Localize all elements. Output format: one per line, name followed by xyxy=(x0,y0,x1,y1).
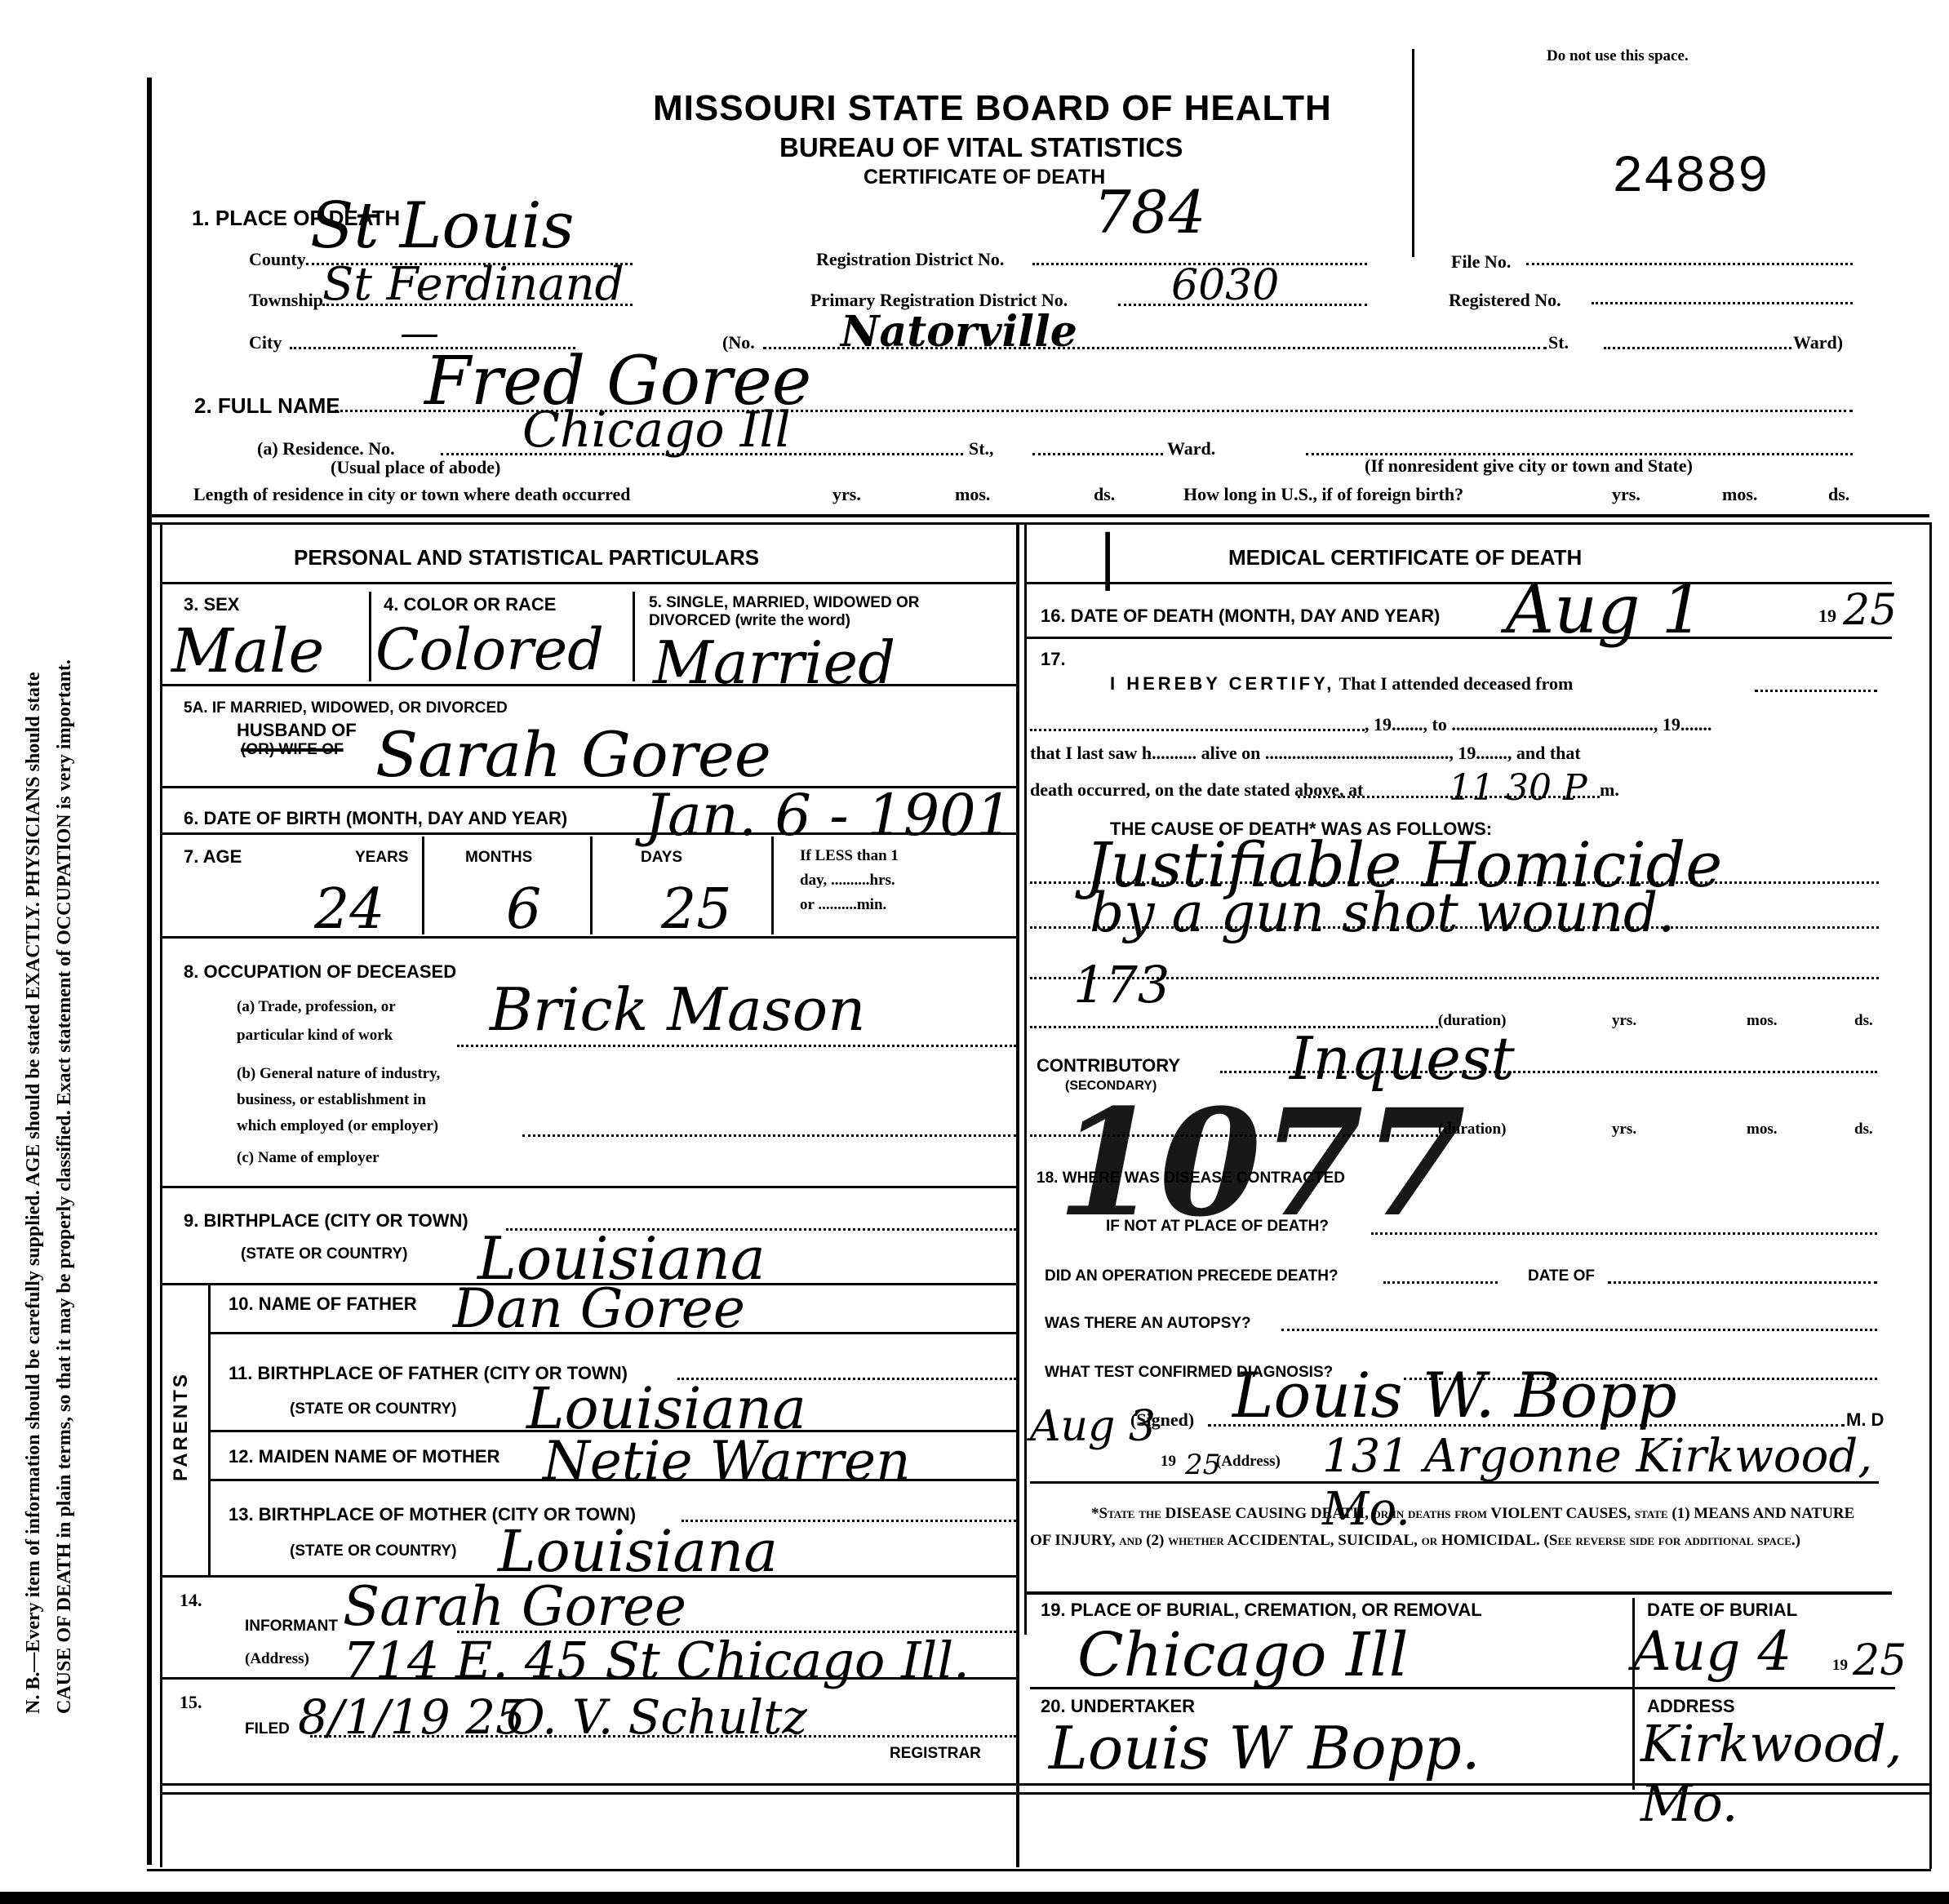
margin-mark: | xyxy=(1098,522,1117,591)
burial-date-label: DATE OF BURIAL xyxy=(1647,1600,1797,1621)
duration-label-2: (duration) xyxy=(1438,1121,1506,1138)
full-name-label: 2. FULL NAME xyxy=(194,393,340,419)
if-not-place-label: IF NOT AT PLACE OF DEATH? xyxy=(1106,1218,1329,1236)
autopsy-field[interactable] xyxy=(1281,1329,1877,1331)
length-yrs-label: yrs. xyxy=(832,484,861,505)
sex-label: 3. SEX xyxy=(184,594,239,615)
divider xyxy=(162,582,1016,584)
registered-no-label: Registered No. xyxy=(1449,290,1561,311)
spouse-label-1: 5A. IF MARRIED, WIDOWED, OR DIVORCED xyxy=(184,699,508,717)
divider xyxy=(162,684,1016,686)
years-months-divider xyxy=(422,837,424,934)
age-months-label: MONTHS xyxy=(465,849,532,867)
occupation-line xyxy=(457,1045,1016,1047)
certify-number: 17. xyxy=(1041,649,1066,670)
occupation-b-label-2: business, or establishment in xyxy=(237,1091,426,1109)
residence-st-label: St., xyxy=(969,438,994,459)
father-name-value[interactable]: Dan Goree xyxy=(453,1277,745,1340)
occupation-a-label-2: particular kind of work xyxy=(237,1027,393,1045)
father-name-label: 10. NAME OF FATHER xyxy=(229,1294,417,1315)
burial-place-value[interactable]: Chicago Ill xyxy=(1077,1620,1409,1690)
operation-field[interactable] xyxy=(1383,1281,1498,1284)
operation-date-label: DATE OF xyxy=(1528,1267,1595,1285)
county-value[interactable]: St Louis xyxy=(310,189,575,263)
informant-address-label: (Address) xyxy=(245,1650,309,1668)
undertaker-address-value[interactable]: Kirkwood, Mo. xyxy=(1640,1714,1949,1833)
age-months-value[interactable]: 6 xyxy=(506,877,541,942)
informant-label: INFORMANT xyxy=(245,1618,338,1635)
street-value[interactable]: Natorville xyxy=(841,307,1077,357)
filed-number: 15. xyxy=(180,1692,202,1713)
days-less-divider xyxy=(771,837,774,934)
informant-number: 14. xyxy=(180,1590,202,1611)
operation-label: DID AN OPERATION PRECEDE DEATH? xyxy=(1045,1267,1339,1285)
parents-label: PARENTS xyxy=(170,1372,193,1481)
certificate-number-stamp: 24889 xyxy=(1612,149,1769,207)
burial-year[interactable]: 25 xyxy=(1853,1636,1907,1685)
registered-no-field[interactable] xyxy=(1592,302,1853,304)
cause-of-death-2[interactable]: by a gun shot wound. xyxy=(1090,881,1675,944)
ward-label: Ward) xyxy=(1793,332,1843,353)
race-label: 4. COLOR OR RACE xyxy=(384,594,556,615)
duration-line-2 xyxy=(1030,1134,1438,1137)
time-suffix: m. xyxy=(1600,779,1619,801)
duration-yrs-2: yrs. xyxy=(1612,1121,1636,1138)
sex-value[interactable]: Male xyxy=(171,616,324,686)
foreign-yrs-label: yrs. xyxy=(1612,484,1640,505)
section-divider-top xyxy=(152,514,1929,517)
section-divider-top-2 xyxy=(152,522,1929,525)
divider xyxy=(211,1332,1016,1334)
occupation-a-label-1: (a) Trade, profession, or xyxy=(237,998,396,1016)
age-years-label: YEARS xyxy=(355,849,408,867)
form-name: CERTIFICATE OF DEATH xyxy=(864,166,1105,189)
header-divider xyxy=(1412,49,1414,257)
occupation-b-label-3: which employed (or employer) xyxy=(237,1117,438,1135)
divider xyxy=(162,936,1016,939)
form-subtitle: BUREAU OF VITAL STATISTICS xyxy=(779,132,1183,163)
last-saw-text: that I last saw h.......... alive on ...… xyxy=(1030,743,1581,764)
age-less-label-1: If LESS than 1 xyxy=(800,847,899,865)
age-days-value[interactable]: 25 xyxy=(661,877,732,942)
certify-text: I HEREBY CERTIFY, I HEREBY CERTIFY, That… xyxy=(1110,673,1573,695)
registrar-label: REGISTRAR xyxy=(890,1745,981,1763)
registration-district-label: Registration District No. xyxy=(816,249,1004,270)
nonresident-note: (If nonresident give city or town and St… xyxy=(1365,455,1693,477)
divider xyxy=(1027,582,1892,584)
months-days-divider xyxy=(590,837,593,934)
scan-bottom-edge xyxy=(0,1892,1949,1904)
address-underline xyxy=(1030,1481,1879,1484)
age-label: 7. AGE xyxy=(184,846,242,868)
informant-address-value[interactable]: 714 E. 45 St Chicago Ill. xyxy=(343,1631,970,1690)
duration-mos-1: mos. xyxy=(1747,1012,1777,1030)
length-of-residence-label: Length of residence in city or town wher… xyxy=(193,484,630,505)
personal-section-title: PERSONAL AND STATISTICAL PARTICULARS xyxy=(294,545,759,570)
undertaker-value[interactable]: Louis W Bopp. xyxy=(1049,1714,1481,1782)
time-of-death-value[interactable]: 11 30 P xyxy=(1449,767,1587,809)
form-left-border xyxy=(147,78,152,1865)
date-of-death-label: 16. DATE OF DEATH (MONTH, DAY AND YEAR) xyxy=(1041,606,1440,627)
divider xyxy=(211,1479,1016,1481)
dob-label: 6. DATE OF BIRTH (MONTH, DAY AND YEAR) xyxy=(184,808,567,829)
medical-section-title: MEDICAL CERTIFICATE OF DEATH xyxy=(1228,545,1582,570)
length-ds-label: ds. xyxy=(1094,484,1115,505)
length-mos-label: mos. xyxy=(955,484,990,505)
birthplace-state-label: (STATE OR COUNTRY) xyxy=(241,1245,407,1263)
where-contracted-label: 18. WHERE WAS DISEASE CONTRACTED xyxy=(1037,1169,1345,1187)
signed-date-value[interactable]: Aug 3 xyxy=(1030,1402,1156,1451)
mother-name-label: 12. MAIDEN NAME OF MOTHER xyxy=(229,1446,499,1467)
occupation-b-label-1: (b) General nature of industry, xyxy=(237,1065,440,1083)
duration-ds-2: ds. xyxy=(1854,1121,1873,1138)
occupation-label: 8. OCCUPATION OF DECEASED xyxy=(184,961,456,983)
race-marital-divider xyxy=(633,592,635,681)
mother-name-value[interactable]: Netie Warren xyxy=(543,1430,911,1493)
filed-label: FILED xyxy=(245,1720,290,1738)
autopsy-label: WAS THERE AN AUTOPSY? xyxy=(1045,1315,1251,1333)
race-value[interactable]: Colored xyxy=(375,616,604,683)
burial-year-prefix: 19 xyxy=(1832,1657,1848,1675)
divider xyxy=(1027,637,1892,639)
dob-value[interactable]: Jan. 6 - 1901 xyxy=(645,782,1012,849)
file-no-field[interactable] xyxy=(1526,263,1853,265)
duration-ds-1: ds. xyxy=(1854,1012,1873,1030)
divider xyxy=(162,832,1016,835)
informant-value[interactable]: Sarah Goree xyxy=(343,1575,686,1638)
burial-place-label: 19. PLACE OF BURIAL, CREMATION, OR REMOV… xyxy=(1041,1600,1482,1621)
operation-date-field[interactable] xyxy=(1608,1281,1877,1284)
divider xyxy=(1027,1591,1892,1595)
signed-year-prefix: 19 xyxy=(1161,1453,1176,1471)
divider xyxy=(162,1186,1016,1188)
divider xyxy=(162,1677,1016,1680)
duration-mos-2: mos. xyxy=(1747,1121,1777,1138)
occupation-c-label: (c) Name of employer xyxy=(237,1149,380,1167)
foreign-birth-label: How long in U.S., if of foreign birth? xyxy=(1183,484,1463,505)
where-contracted-field[interactable] xyxy=(1371,1232,1877,1235)
township-value[interactable]: St Ferdinand xyxy=(322,258,624,311)
physician-address-label: (Address) xyxy=(1216,1453,1281,1471)
industry-field[interactable] xyxy=(522,1134,1016,1137)
registrar-signature[interactable]: O. V. Schultz xyxy=(506,1689,807,1745)
mother-birthplace-state-label: (STATE OR COUNTRY) xyxy=(290,1542,456,1560)
contributory-label: CONTRIBUTORY xyxy=(1037,1055,1180,1076)
cause-footnote: *State the DISEASE CAUSING DEATH, or in … xyxy=(1030,1500,1879,1554)
spouse-label-2: HUSBAND OF xyxy=(237,720,357,741)
marital-value[interactable]: Married xyxy=(653,628,895,697)
residence-ward-line xyxy=(1032,453,1163,455)
township-label: Township xyxy=(249,290,323,311)
cause-note: 173 xyxy=(1073,955,1170,1014)
spouse-label-3: (OR) WIFE OF xyxy=(241,741,344,759)
office-use-note: Do not use this space. xyxy=(1547,47,1689,65)
duration-yrs-1: yrs. xyxy=(1612,1012,1636,1030)
age-years-value[interactable]: 24 xyxy=(314,877,385,942)
attended-from-field[interactable] xyxy=(1755,690,1877,692)
residence-sublabel: (Usual place of abode) xyxy=(331,457,500,478)
primary-registration-district-value[interactable]: 6030 xyxy=(1171,261,1279,310)
sex-race-divider xyxy=(369,592,371,681)
birthplace-label: 9. BIRTHPLACE (CITY OR TOWN) xyxy=(184,1210,468,1232)
marital-label: 5. SINGLE, MARRIED, WIDOWED OR DIVORCED … xyxy=(649,594,992,630)
attended-from-date-field[interactable] xyxy=(1030,729,1365,731)
burial-date-value[interactable]: Aug 4 xyxy=(1632,1620,1791,1683)
filed-date-value[interactable]: 8/1/19 25 xyxy=(298,1689,526,1745)
date-of-death-year-prefix: 19 xyxy=(1818,606,1836,627)
left-inner-border xyxy=(160,525,162,1867)
date-of-death-year[interactable]: 25 xyxy=(1843,586,1897,635)
occupation-value[interactable]: Brick Mason xyxy=(490,975,866,1044)
from-to-line: , 19......., to ........................… xyxy=(1365,714,1711,735)
age-less-label-2: day, ..........hrs. xyxy=(800,872,895,890)
divider xyxy=(1030,1687,1895,1689)
column-divider-2 xyxy=(1024,525,1027,1635)
age-less-label-3: or ..........min. xyxy=(800,896,886,914)
ward-line xyxy=(1604,347,1791,349)
file-no-label: File No. xyxy=(1451,251,1511,273)
residence-value[interactable]: Chicago Ill xyxy=(522,402,791,459)
registration-district-value[interactable]: 784 xyxy=(1094,178,1205,246)
spouse-value[interactable]: Sarah Goree xyxy=(375,718,771,791)
father-birthplace-state-label: (STATE OR COUNTRY) xyxy=(290,1400,456,1418)
city-label: City xyxy=(249,332,282,353)
residence-ward-label: Ward. xyxy=(1167,438,1215,459)
side-note-line-2: CAUSE OF DEATH in plain terms, so that i… xyxy=(54,659,76,1714)
column-divider xyxy=(1016,525,1019,1867)
foreign-ds-label: ds. xyxy=(1828,484,1849,505)
foreign-mos-label: mos. xyxy=(1722,484,1757,505)
physician-signature[interactable]: Louis W. Bopp xyxy=(1232,1359,1677,1431)
form-bottom-border xyxy=(147,1869,1931,1871)
county-label: County xyxy=(249,249,306,270)
md-label: M. D xyxy=(1846,1409,1884,1431)
form-right-border xyxy=(1929,522,1932,1869)
age-days-label: DAYS xyxy=(641,849,682,867)
signed-year[interactable]: 25 xyxy=(1185,1449,1220,1481)
form-title: MISSOURI STATE BOARD OF HEALTH xyxy=(653,88,1332,129)
side-note-line-1: N. B.—Every item of information should b… xyxy=(23,672,45,1714)
street-st-label: St. xyxy=(1548,332,1569,353)
